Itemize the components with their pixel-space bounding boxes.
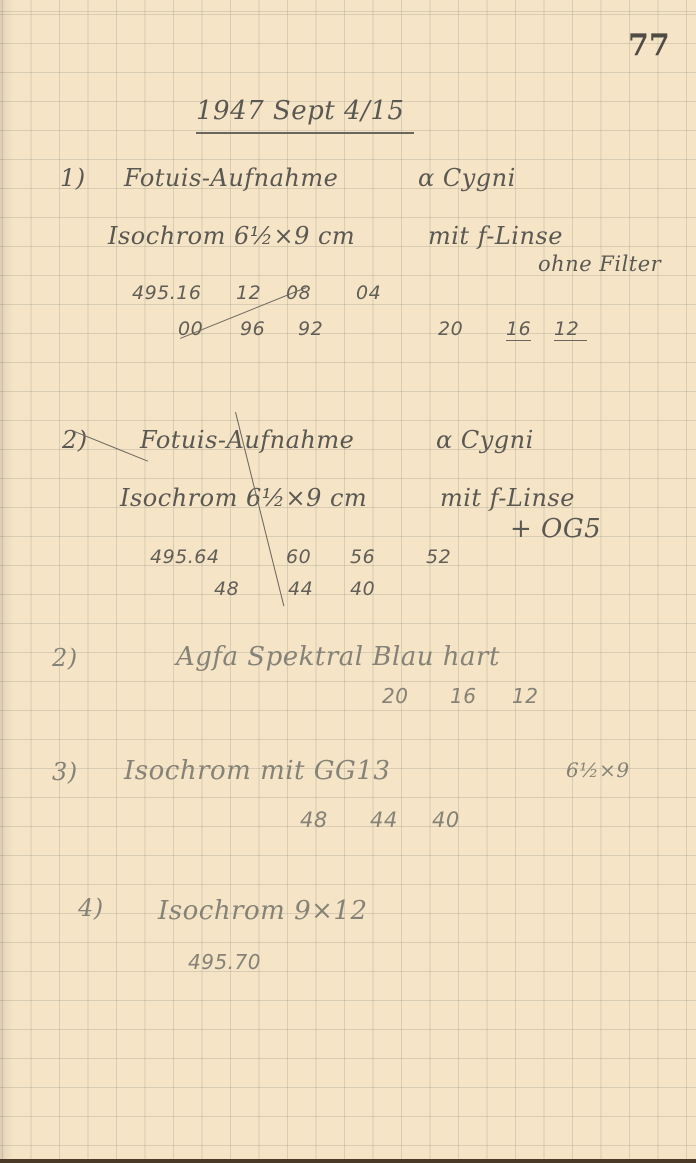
page-number: 77 [628,28,670,63]
entry-1-value: 495.16 [132,282,201,304]
entry-2-filter: + OG5 [510,514,601,544]
entry-3-value: 12 [512,684,538,708]
entry-4-marker: 3) [52,758,78,786]
entry-4-value: 40 [432,808,460,832]
entry-1-value: 16 [506,318,531,341]
entry-2-plate: Isochrom 6½×9 cm [120,484,367,512]
entry-3-value: 20 [382,684,408,708]
entry-1-object: α Cygni [418,164,516,192]
entry-5-value: 495.70 [188,950,261,974]
entry-2-value: 495.64 [150,546,219,568]
entry-2-value: 60 [286,546,311,568]
entry-2-value: 48 [214,578,239,600]
entry-1-value: 20 [438,318,463,340]
entry-4-title: Isochrom mit GG13 [124,756,390,786]
entry-2-value: 44 [288,578,313,600]
entry-2-value: 40 [350,578,375,600]
entry-5-marker: 4) [78,894,104,922]
entry-4-size: 6½×9 [566,758,630,782]
entry-1-filter: ohne Filter [538,252,661,276]
entry-1-marker: 1) [60,164,86,192]
entry-1-lens: mit f-Linse [428,222,563,250]
entry-4-value: 48 [300,808,328,832]
entry-1-value: 04 [356,282,381,304]
entry-2-lens: mit f-Linse [440,484,575,512]
entry-3-title: Agfa Spektral Blau hart [176,642,500,672]
entry-2-object: α Cygni [436,426,534,454]
entry-2-value: 56 [350,546,375,568]
notebook-page: 77 1947 Sept 4/15 1) Fotuis-Aufnahme α C… [0,0,696,1163]
entry-1-plate: Isochrom 6½×9 cm [108,222,355,250]
entry-1-value: 12 [554,318,587,341]
entry-3-marker: 2) [52,644,78,672]
entry-1-title: Fotuis-Aufnahme [124,164,338,192]
entry-2-value: 52 [426,546,451,568]
entry-1-value: 96 [240,318,265,340]
entry-1-value: 92 [298,318,323,340]
entry-1-value: 12 [236,282,261,304]
entry-3-value: 16 [450,684,476,708]
entry-4-value: 44 [370,808,398,832]
entry-2-title: Fotuis-Aufnahme [140,426,354,454]
date-heading: 1947 Sept 4/15 [196,96,414,134]
entry-5-title: Isochrom 9×12 [158,896,368,926]
